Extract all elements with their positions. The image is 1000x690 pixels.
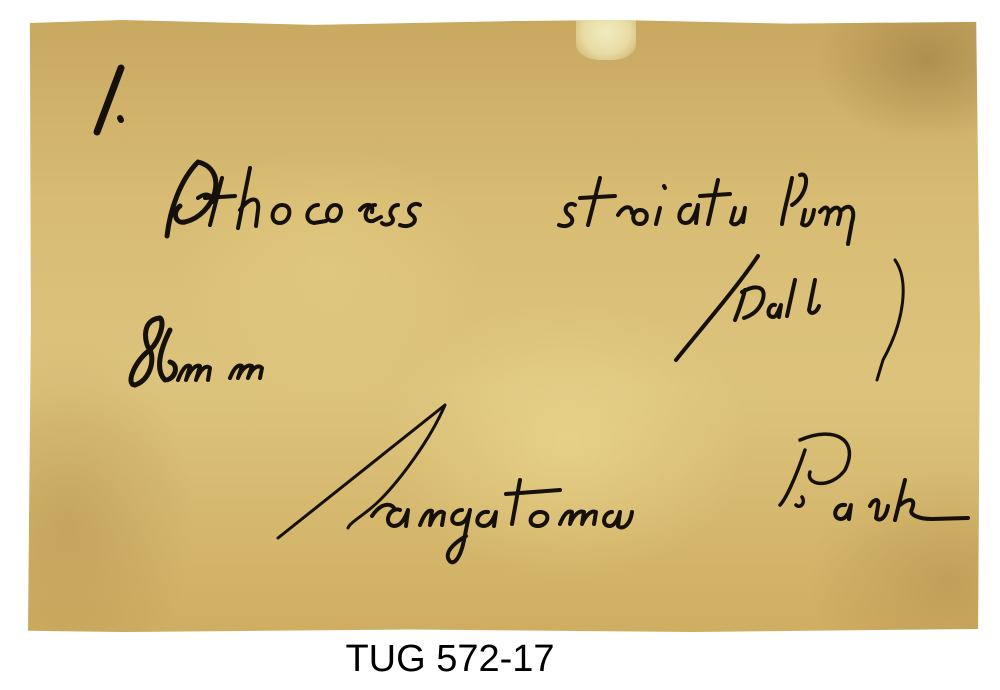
handwritten-taxon-name xyxy=(167,162,853,244)
handwritten-locality xyxy=(278,405,968,562)
handwritten-size xyxy=(131,318,262,385)
handwritten-ink xyxy=(0,0,1000,690)
handwritten-number xyxy=(97,68,121,132)
specimen-caption: TUG 572-17 xyxy=(0,638,1000,681)
catalog-number: TUG 572-17 xyxy=(345,638,554,681)
handwritten-author xyxy=(676,256,903,380)
